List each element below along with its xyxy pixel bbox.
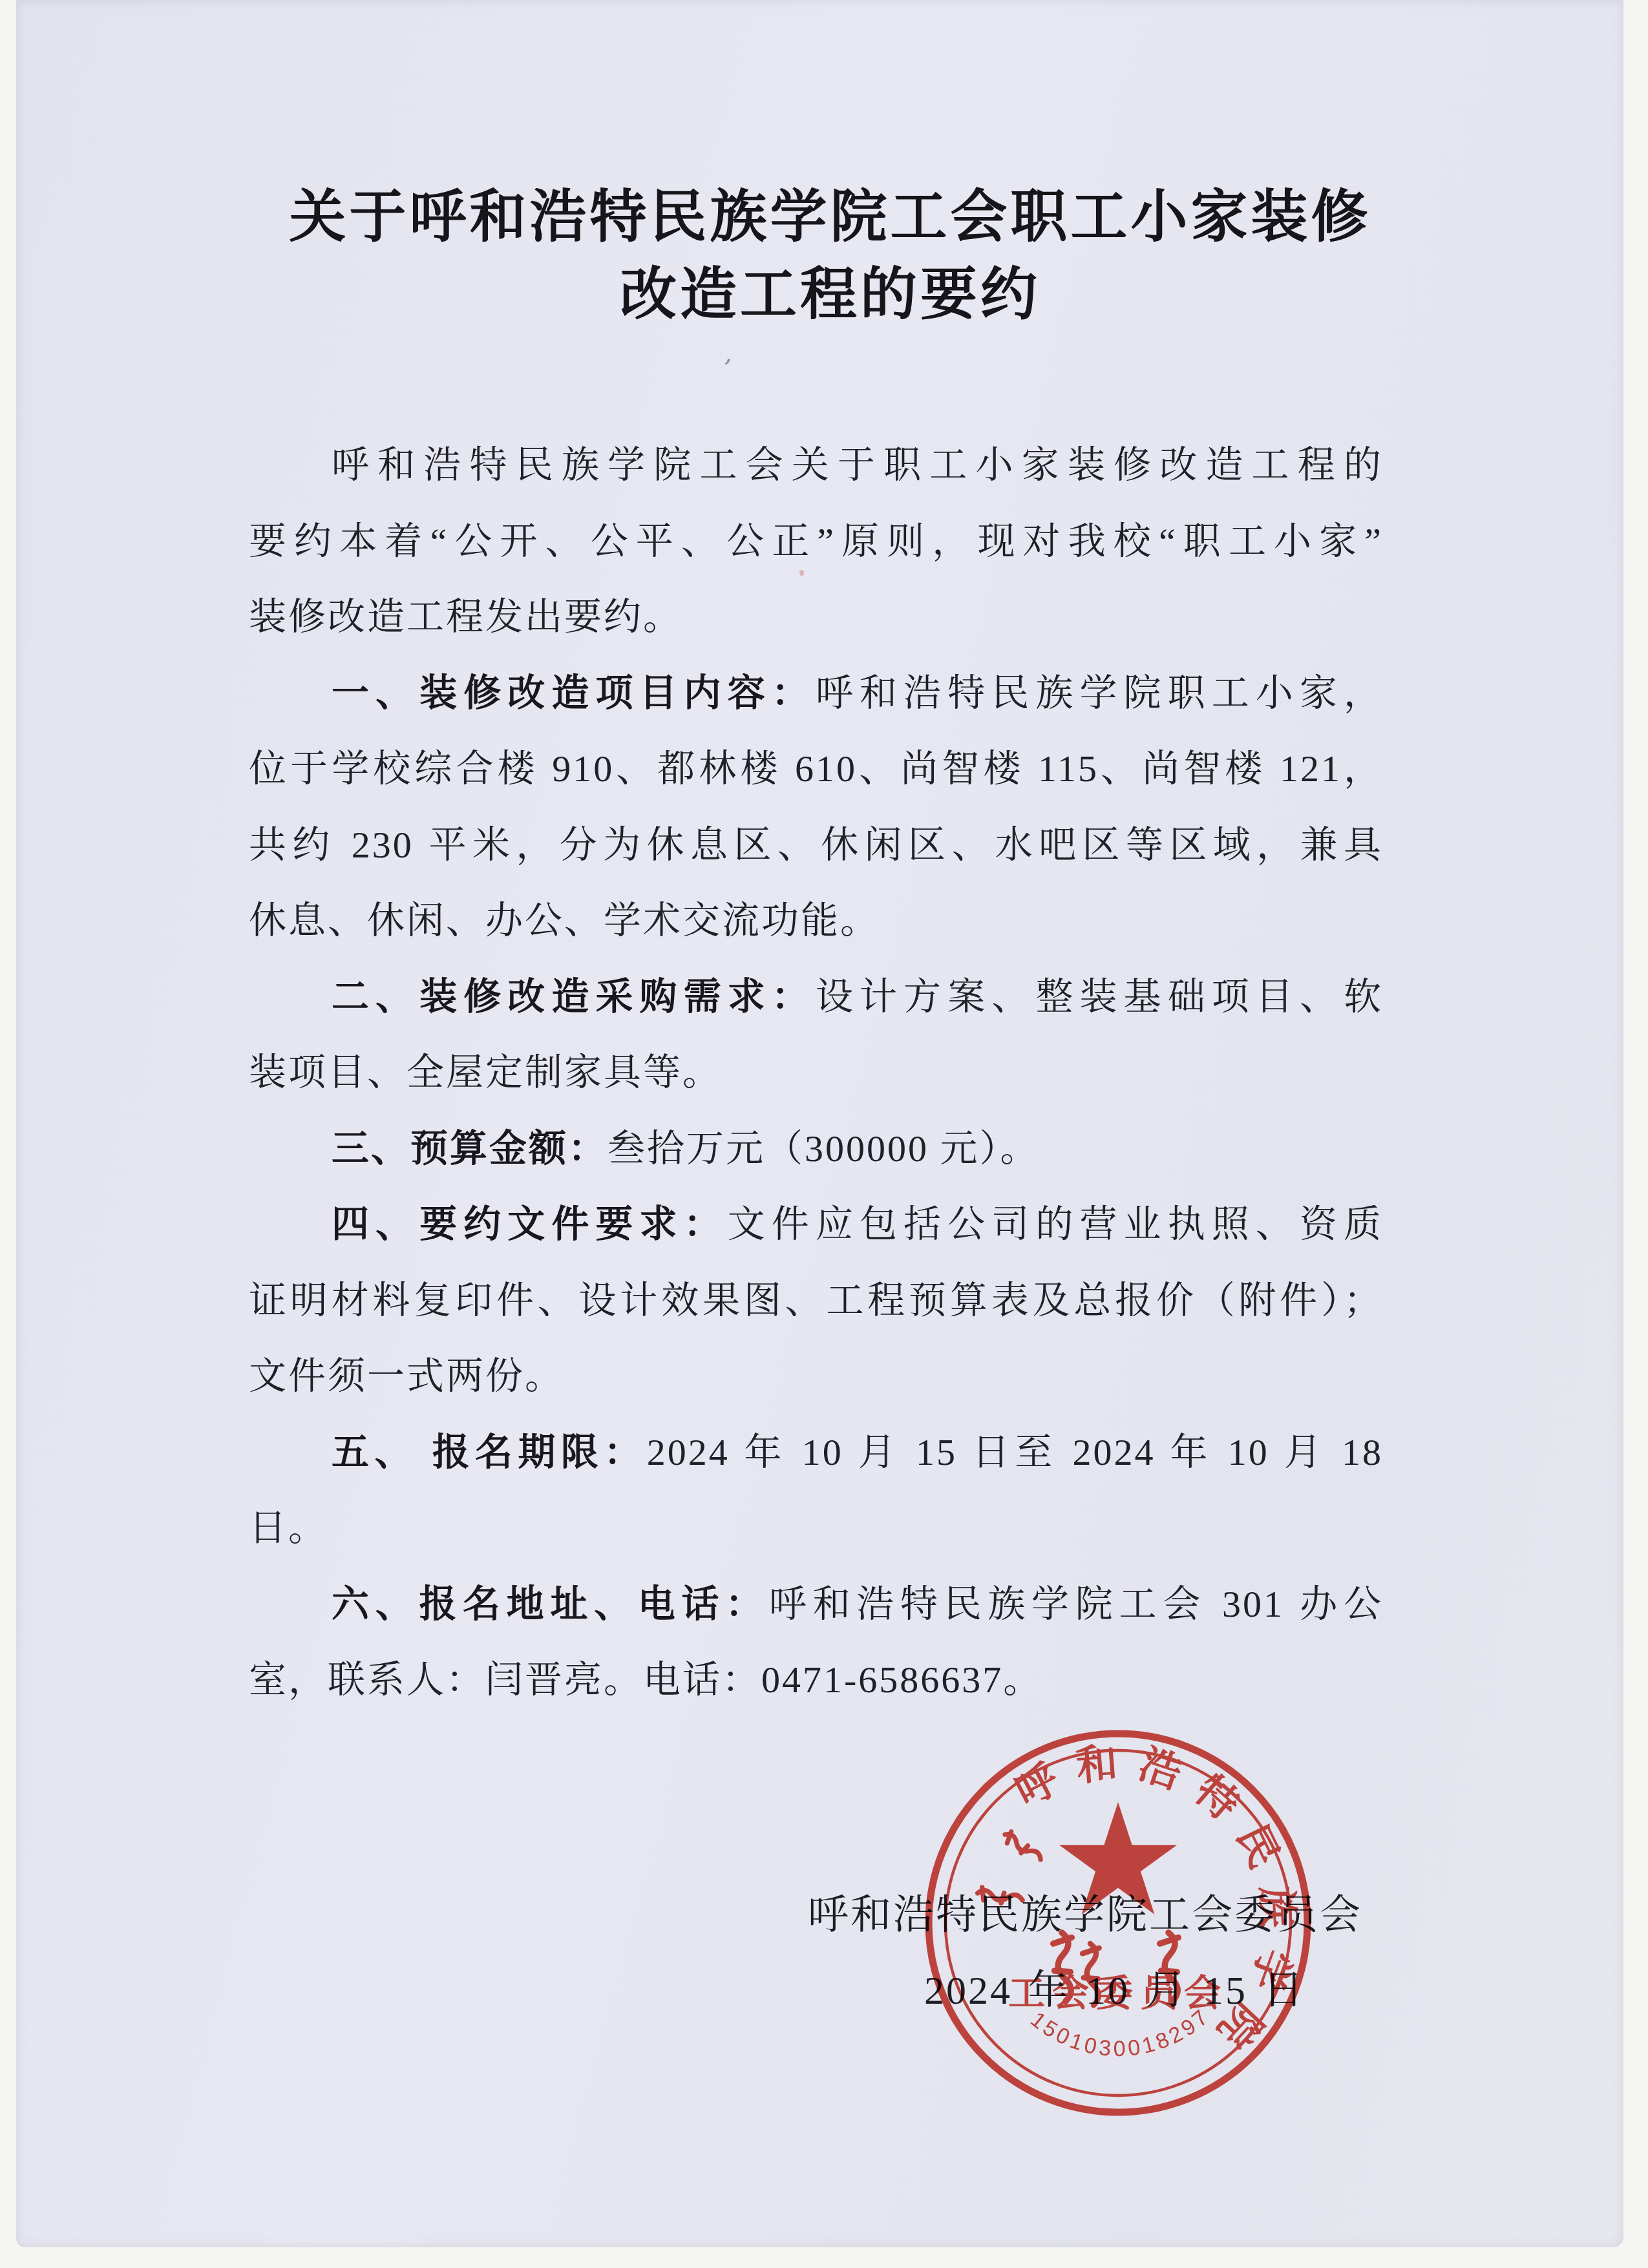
document-title: 关于呼和浩特民族学院工会职工小家装修 改造工程的要约 [26, 179, 1634, 334]
body-line: 共约 230 平米，分为休息区、休闲区、水吧区等区域，兼具 [249, 807, 1383, 883]
body-line: 日。 [249, 1490, 1383, 1566]
body-line: 五、 报名期限：2024 年 10 月 15 日至 2024 年 10 月 18 [249, 1414, 1383, 1491]
body-line: 休息、休闲、办公、学术交流功能。 [249, 883, 1383, 959]
body-line: 文件须一式两份。 [249, 1338, 1383, 1414]
body-line: 证明材料复印件、设计效果图、工程预算表及总报价（附件）； [249, 1263, 1383, 1339]
body-line: 呼和浩特民族学院工会关于职工小家装修改造工程的 [249, 427, 1383, 503]
section-heading: 二、装修改造采购需求： [332, 976, 816, 1018]
section-heading: 四、要约文件要求： [332, 1203, 728, 1245]
body-line: 室，联系人：闫晋亮。电话：0471-6586637。 [249, 1642, 1383, 1718]
section-heading: 五、 报名期限： [332, 1431, 647, 1473]
scanned-page: 关于呼和浩特民族学院工会职工小家装修 改造工程的要约 呼和浩特民族学院工会关于职… [0, 0, 1648, 2268]
official-seal: 呼和浩特民族学院 工会委员会 1501030018297 [905, 1710, 1331, 2136]
section-heading: 六、报名地址、电话： [332, 1583, 769, 1625]
mongolian-script-decoration [1002, 1830, 1043, 1866]
body-line: 装修改造工程发出要约。 [249, 579, 1383, 655]
body-line: 四、要约文件要求：文件应包括公司的营业执照、资质 [249, 1186, 1383, 1263]
scan-artifact-mark: ’ [719, 353, 733, 384]
body-line: 位于学校综合楼 910、都林楼 610、尚智楼 115、尚智楼 121， [249, 731, 1383, 807]
body-line: 六、报名地址、电话：呼和浩特民族学院工会 301 办公 [249, 1566, 1383, 1643]
scan-artifact-speck [799, 570, 804, 576]
body-line: 要约本着“公开、公平、公正”原则，现对我校“职工小家” [249, 503, 1383, 580]
section-heading: 三、预算金额： [332, 1128, 607, 1170]
section-heading: 一、装修改造项目内容： [332, 672, 816, 714]
title-line-1: 关于呼和浩特民族学院工会职工小家装修 [26, 179, 1634, 257]
red-star-icon [1059, 1802, 1178, 1915]
document-body: 呼和浩特民族学院工会关于职工小家装修改造工程的要约本着“公开、公平、公正”原则，… [249, 427, 1383, 1718]
body-line: 装项目、全屋定制家具等。 [249, 1034, 1383, 1111]
body-line: 一、装修改造项目内容：呼和浩特民族学院职工小家， [249, 655, 1383, 731]
mongolian-script-decoration [977, 1887, 1023, 1908]
paper-sheet: 关于呼和浩特民族学院工会职工小家装修 改造工程的要约 呼和浩特民族学院工会关于职… [16, 0, 1623, 2247]
title-line-2: 改造工程的要约 [26, 257, 1634, 334]
body-line: 二、装修改造采购需求：设计方案、整装基础项目、软 [249, 959, 1383, 1035]
body-line: 三、预算金额：叁拾万元（300000 元）。 [249, 1111, 1383, 1187]
